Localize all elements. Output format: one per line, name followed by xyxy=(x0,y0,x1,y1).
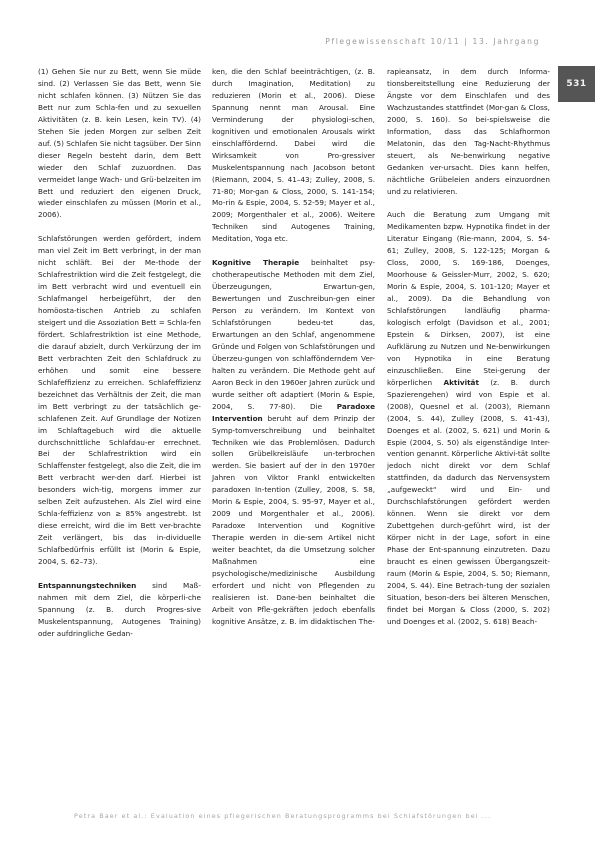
paragraph-text: beruht auf dem Prinzip der Symp-tomversc… xyxy=(212,414,375,626)
text-column-1: (1) Gehen Sie nur zu Bett, wenn Sie müde… xyxy=(38,66,201,652)
bold-term: Entspannungstechniken xyxy=(38,581,136,590)
running-head: Pflegewissenschaft 10/11 | 13. Jahrgang xyxy=(300,37,540,46)
page-number-badge: 531 xyxy=(558,66,595,102)
bold-term: Kognitive Therapie xyxy=(212,258,299,267)
paragraph-text: Auch die Beratung zum Umgang mit Medikam… xyxy=(387,210,550,386)
bold-term: Aktivität xyxy=(444,378,479,387)
paragraph-text: (z. B. durch Spazierengehen) wird von Es… xyxy=(387,378,550,626)
paragraph: Kognitive Therapie beinhaltet psy-chothe… xyxy=(212,257,375,628)
paragraph: ken, die den Schlaf beeinträchtigen, (z.… xyxy=(212,66,375,245)
paragraph: Schlafstörungen werden gefördert, indem … xyxy=(38,233,201,568)
paragraph: rapieansatz, in dem durch Informa-tionsb… xyxy=(387,66,550,197)
paragraph-text: beinhaltet psy-chotherapeutische Methode… xyxy=(212,258,375,410)
text-column-3: rapieansatz, in dem durch Informa-tionsb… xyxy=(387,66,550,640)
paragraph: Auch die Beratung zum Umgang mit Medikam… xyxy=(387,209,550,627)
running-footer: Petra Baer et al.: Evaluation eines pfle… xyxy=(74,812,544,820)
text-column-2: ken, die den Schlaf beeinträchtigen, (z.… xyxy=(212,66,375,640)
paragraph: Entspannungstechniken sind Maß-nahmen mi… xyxy=(38,580,201,640)
paragraph: (1) Gehen Sie nur zu Bett, wenn Sie müde… xyxy=(38,66,201,221)
